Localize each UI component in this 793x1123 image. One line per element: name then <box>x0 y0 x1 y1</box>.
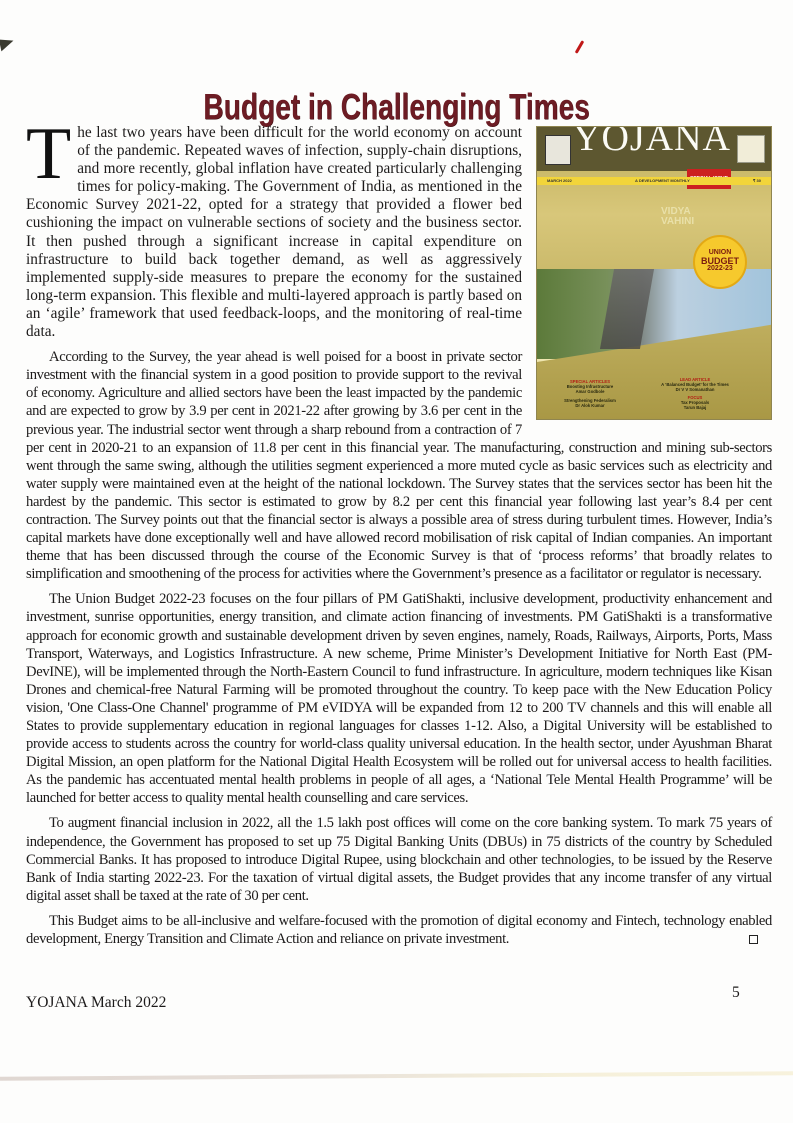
footer-publication: YOJANA March 2022 <box>26 994 166 1012</box>
cover-date: MARCH 2022 <box>547 172 572 190</box>
badge-budget: BUDGET <box>695 257 745 265</box>
paragraph-conclusion-text: This Budget aims to be all-inclusive and… <box>26 913 772 947</box>
scan-corner-mark <box>0 37 15 52</box>
cover-article-list: SPECIAL ARTICLES Boosting Infrastructure… <box>537 363 771 419</box>
cover-tagline: A DEVELOPMENT MONTHLY <box>635 172 690 190</box>
page-title: Budget in Challenging Times <box>87 86 706 128</box>
cover-price: ₹ 30 <box>753 172 761 190</box>
magazine-cover-image: YOJANA SPECIAL ISSUE MARCH 2022 A DEVELO… <box>536 126 772 420</box>
scan-page-edge <box>0 1071 793 1081</box>
focus-author: Tarun Bajaj <box>645 405 745 410</box>
cover-logo: YOJANA <box>573 129 731 147</box>
vidya-vahini-logo: VIDYA VAHINI <box>661 207 694 227</box>
paragraph-budget-pillars: The Union Budget 2022-23 focuses on the … <box>26 590 772 807</box>
special-article-2-author: Dr Alok Kumar <box>545 403 635 408</box>
union-budget-badge: UNION BUDGET 2022-23 <box>693 235 747 289</box>
badge-year: 2022-23 <box>695 265 745 273</box>
emblem-icon <box>545 135 571 165</box>
page-number: 5 <box>732 984 740 1002</box>
cover-masthead: YOJANA <box>537 127 771 171</box>
paragraph-intro-text: he last two years have been difficult fo… <box>26 124 522 340</box>
article-body: YOJANA SPECIAL ISSUE MARCH 2022 A DEVELO… <box>26 124 772 955</box>
end-of-article-icon <box>749 935 758 944</box>
azadi-logo-icon <box>737 135 765 163</box>
red-pen-mark <box>575 40 585 54</box>
drop-cap: T <box>26 127 71 183</box>
cover-info-strip: MARCH 2022 A DEVELOPMENT MONTHLY ₹ 30 <box>537 177 771 185</box>
paragraph-conclusion: This Budget aims to be all-inclusive and… <box>26 912 772 948</box>
vahini-text: VAHINI <box>661 217 694 227</box>
paragraph-financial-inclusion: To augment financial inclusion in 2022, … <box>26 814 772 904</box>
